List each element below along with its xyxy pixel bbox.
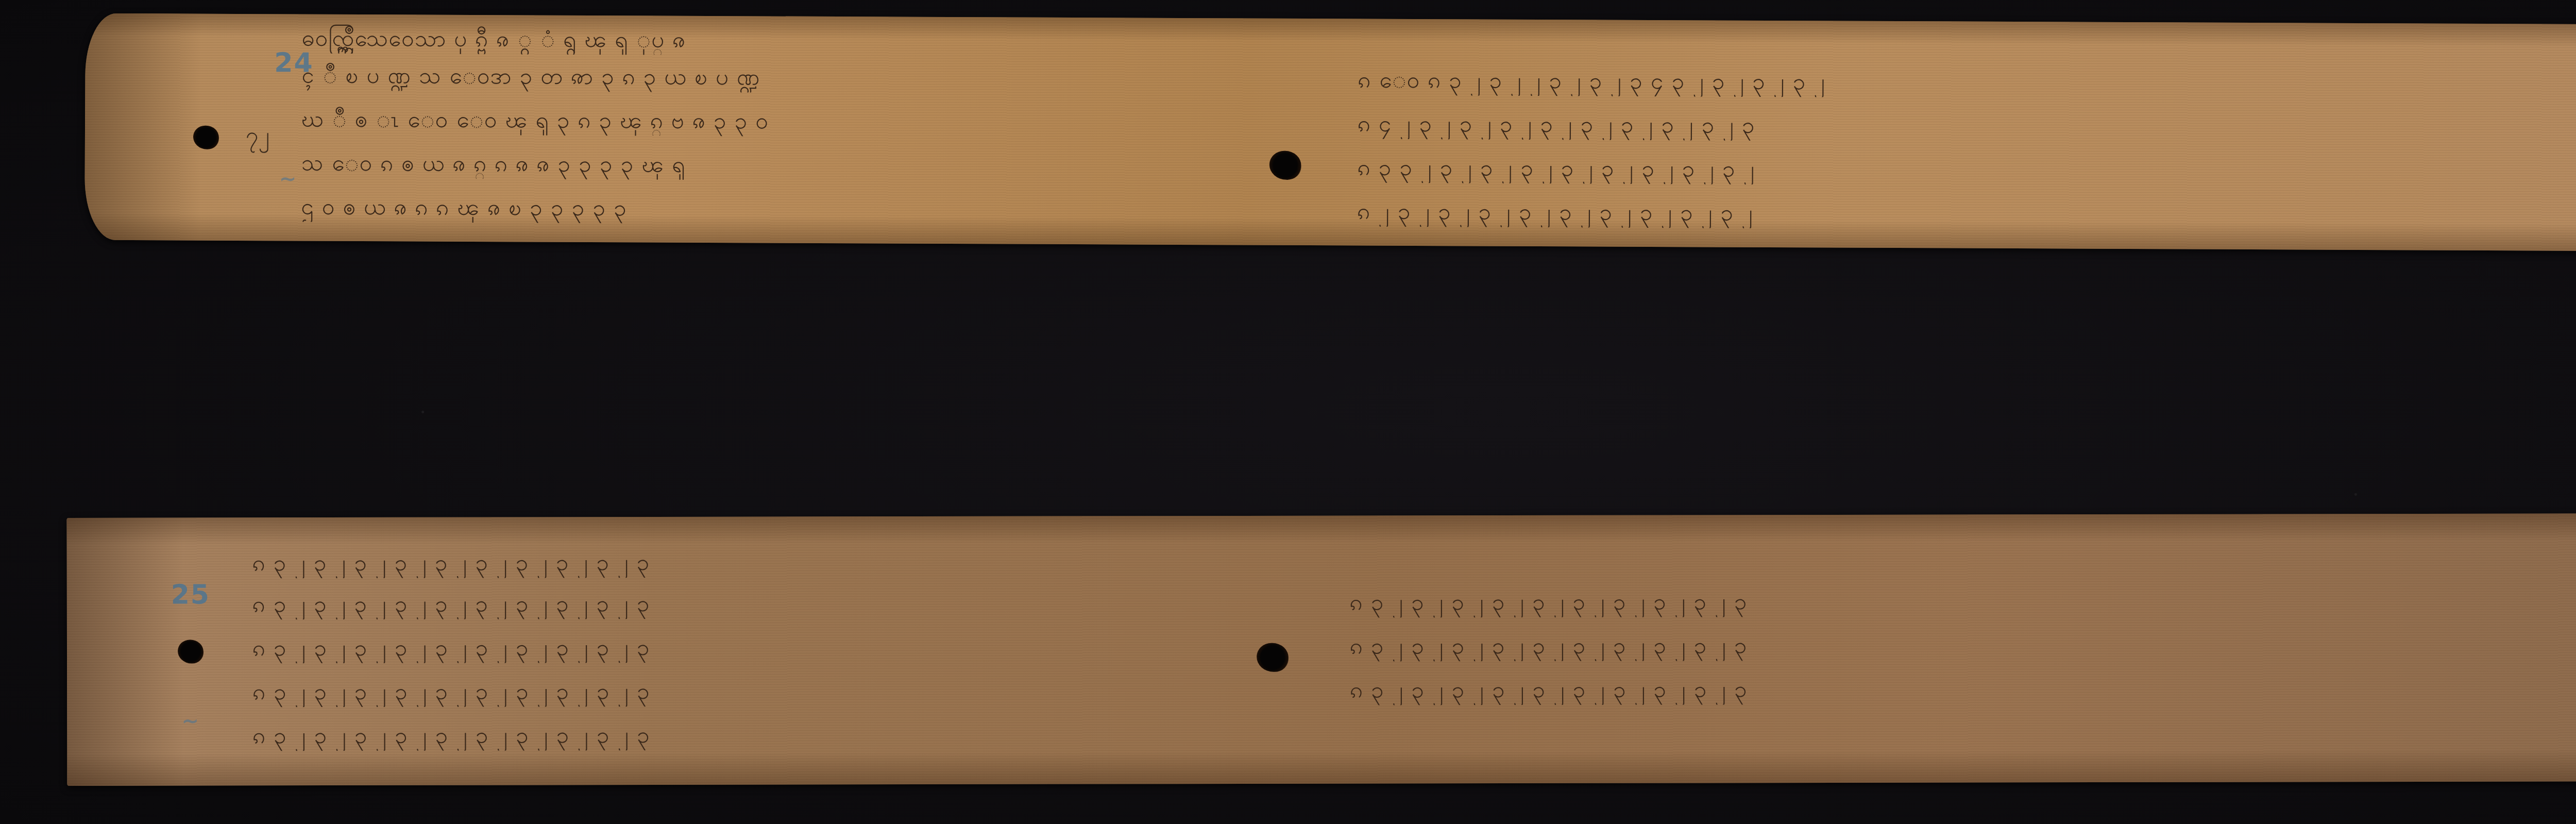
text-line: ၵ ၃ ၃ ၂ ၃ ၂ ၃ ၂ ၃ ၂ ၃ ၂ ၃ ၂ ၃ ၂ ၃ ၂ ၃ ၂: [1358, 153, 2576, 189]
text-line: ဃ ဳ ၜ ၤ ေ၀ ေ၀ ၾ ၡ ၃ ၵ ၃ ၾ ၵ္ ဗ ၷ ၃ ၃ ၀: [301, 105, 1218, 139]
manuscript-text-left-section: ၚ ဳ ၿ ပ ဏ္ဍ သ ေ၀ဒာ ၃ တ ၷာ ၃ ၵ ၃ ယ ၿ ပ ဏ္…: [301, 61, 1218, 235]
text-line: ၵ ၃ ၂ ၃ ၂ ၃ ၂ ၃ ၂ ၃ ၂ ၃ ၂ ၃ ၂ ၃ ၂ ၃ ၂ ၃: [252, 676, 1206, 707]
binding-hole-left: [178, 640, 204, 663]
text-line: ၵ ၃ ၂ ၃ ၂ ၃ ၂ ၃ ၂ ၃ ၂ ၃ ၂ ၃ ၂ ၃ ၂ ၃ ၂ ၃: [1350, 673, 2576, 705]
pencil-annotation-folio-left: 25: [171, 579, 210, 610]
text-line: ၵ ေ၀ ၵ ၃ ၂ ၃ ၂ ၂ ၃ ၂ ၃ ၂ ၃ ၄ ၃ ၂ ၃ ၂ ၃ ၂…: [1358, 65, 2576, 101]
manuscript-text-last-line: ၵ ၃ ၂ ၃ ၂ ၃ ၂ ၃ ၂ ၃ ၂ ၃ ၂ ၃ ၂ ၃ ၂ ၃ ၂ ၃: [252, 717, 2576, 758]
text-line: ၵ ၃ ၂ ၃ ၂ ၃ ၂ ၃ ၂ ၃ ၂ ၃ ၂ ၃ ၂ ၃ ၂ ၃ ၂ ၃: [252, 588, 1206, 619]
folio-number-glyph: ၇၂: [246, 121, 270, 154]
text-line: ဌ ၀ ၜ ယ ၷ ၵ ၵ ၾ ၷ ၿ ၃ ၃ ၃ ၃ ၃: [301, 192, 1218, 226]
manuscript-text-right-section: ၵ ေ၀ ၵ ၃ ၂ ၃ ၂ ၂ ၃ ၂ ၃ ၂ ၃ ၄ ၃ ၂ ၃ ၂ ၃ ၂…: [1357, 65, 2576, 241]
text-line: ၵ ၃ ၂ ၃ ၂ ၃ ၂ ၃ ၂ ၃ ၂ ၃ ၂ ၃ ၂ ၃ ၂ ၃ ၂ ၃: [1350, 585, 2576, 618]
text-line: ၵ ၄ ၂ ၃ ၂ ၃ ၂ ၃ ၂ ၃ ၂ ၃ ၂ ၃ ၂ ၃ ၂ ၃ ၂ ၃: [1358, 109, 2576, 145]
text-line: ၵ ၂ ၃ ၂ ၃ ၂ ၃ ၂ ၃ ၂ ၃ ၂ ၃ ၂ ၃ ၂ ၃ ၂ ၃ ၂: [1357, 196, 2576, 232]
text-line: ဓ၀ၸ္က္ကြဳသေ၀ေသာ ပု ၵ္ဗီ ၷ ွ ံ ရွ ၾ ၡ ုပ္…: [302, 24, 2576, 64]
text-line: ၵ ၃ ၂ ၃ ၂ ၃ ၂ ၃ ၂ ၃ ၂ ၃ ၂ ၃ ၂ ၃ ၂ ၃ ၂ ၃: [252, 544, 2576, 579]
palm-leaf-folio-2: 25 ~ 25 ~ ၵ ၃ ၂ ၃ ၂ ၃ ၂ ၃ ၂ ၃ ၂ ၃ ၂ ၃ ၂ …: [67, 513, 2576, 786]
pencil-annotation-mark-left: ~: [279, 167, 298, 191]
text-line: ၚ ဳ ၿ ပ ဏ္ဍ သ ေ၀ဒာ ၃ တ ၷာ ၃ ၵ ၃ ယ ၿ ပ ဏ္…: [301, 61, 1218, 95]
pencil-annotation-mark-left: ~: [181, 709, 200, 733]
text-line: ၵ ၃ ၂ ၃ ၂ ၃ ၂ ၃ ၂ ၃ ၂ ၃ ၂ ၃ ၂ ၃ ၂ ၃ ၂ ၃: [252, 717, 2576, 751]
text-line: သ ေ၀ ၵ ၜ ယ ၷ ၵ္ ၵ ၷ ၷ ၃ ၃ ၃ ၃ ၾ ၡ: [301, 148, 1218, 182]
palm-leaf-folio-1: ၇၂ 24 ~ 24 R ဓ၀ၸ္က္ကြဳသေ၀ေသာ ပု ၵ္ဗီ ၷ ွ…: [84, 13, 2576, 253]
text-line: ၵ ၃ ၂ ၃ ၂ ၃ ၂ ၃ ၂ ၃ ၂ ၃ ၂ ၃ ၂ ၃ ၂ ၃ ၂ ၃: [252, 632, 1206, 663]
binding-hole-left: [193, 126, 219, 149]
text-line: ၵ ၃ ၂ ၃ ၂ ၃ ၂ ၃ ၂ ၃ ၂ ၃ ၂ ၃ ၂ ၃ ၂ ၃ ၂ ၃: [1350, 629, 2576, 662]
